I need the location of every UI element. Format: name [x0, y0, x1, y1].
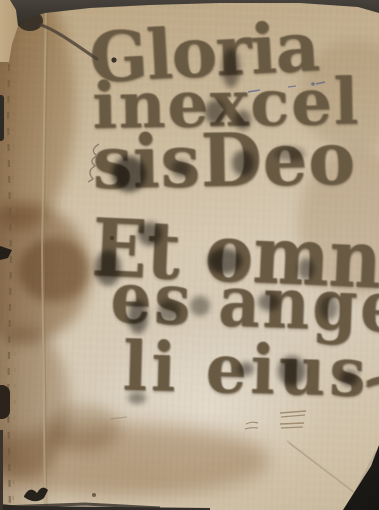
detail-overlay — [0, 0, 379, 510]
faint-stamp-marks — [110, 411, 306, 429]
ink-blot-stroke — [41, 25, 97, 59]
crease-line-secondary — [56, 0, 58, 160]
blue-ink-marks — [248, 82, 325, 92]
dark-left-edge-sliver — [0, 95, 4, 141]
dark-left-edge-lower — [0, 430, 3, 510]
ink-speck — [92, 493, 96, 497]
manuscript-page: Gloria inexcel sisDeo Et omn es ange li … — [0, 0, 379, 510]
photo-background: Gloria inexcel sisDeo Et omn es ange li … — [0, 0, 379, 510]
ink-speck — [110, 236, 114, 240]
spine-stitching-inner — [13, 0, 15, 510]
pencil-doodle — [88, 144, 99, 182]
dark-left-edge-blob — [0, 385, 10, 419]
ink-speck — [111, 57, 116, 62]
